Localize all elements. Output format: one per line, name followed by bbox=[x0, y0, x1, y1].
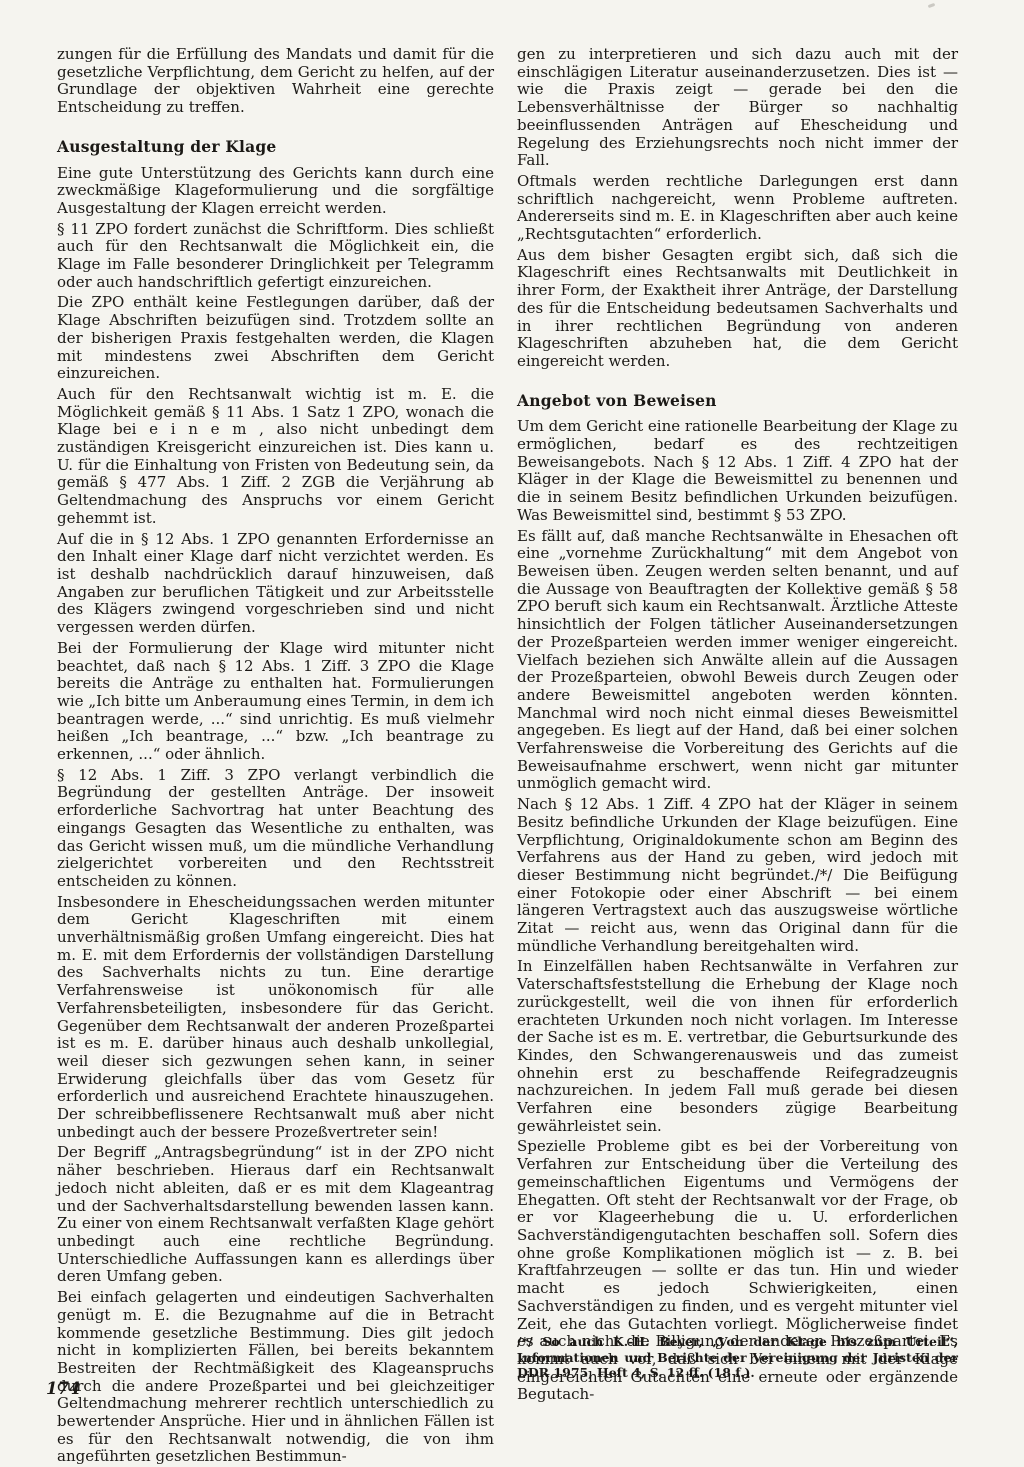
paragraph: Bei der Formulierung der Klage wird mitu… bbox=[57, 640, 494, 764]
paragraph: Auf die in § 12 Abs. 1 ZPO genannten Erf… bbox=[57, 531, 494, 637]
paragraph: Aus dem bisher Gesagten ergibt sich, daß… bbox=[517, 247, 958, 371]
page-number: 174 bbox=[46, 1379, 80, 1398]
paragraph: Eine gute Unterstützung des Gerichts kan… bbox=[57, 165, 494, 218]
paragraph-continuation: gen zu interpretieren und sich dazu auch… bbox=[517, 46, 958, 170]
paragraph-continuation: zungen für die Erfüllung des Mandats und… bbox=[57, 46, 494, 117]
footnote: /*/ So auch K.-H. Beyer, „Von der Klage … bbox=[517, 1334, 958, 1381]
paragraph: Bei einfach gelagerten und eindeutigen S… bbox=[57, 1289, 494, 1466]
paragraph: Der Begriff „Antragsbegründung“ ist in d… bbox=[57, 1144, 494, 1286]
section-heading-angebot-von-beweisen: Angebot von Beweisen bbox=[517, 392, 958, 410]
journal-document-page: zungen für die Erfüllung des Mandats und… bbox=[0, 0, 1024, 1467]
section-heading-ausgestaltung-der-klage: Ausgestaltung der Klage bbox=[57, 138, 494, 156]
paragraph: Oftmals werden rechtliche Darlegungen er… bbox=[517, 173, 958, 244]
paragraph: Die ZPO enthält keine Festlegungen darüb… bbox=[57, 294, 494, 383]
paragraph: § 11 ZPO fordert zunächst die Schriftfor… bbox=[57, 221, 494, 292]
right-column: gen zu interpretieren und sich dazu auch… bbox=[517, 46, 958, 1407]
paragraph: Nach § 12 Abs. 1 Ziff. 4 ZPO hat der Klä… bbox=[517, 796, 958, 955]
scan-artifact-mark bbox=[928, 3, 936, 8]
paragraph: Insbesondere in Ehescheidungssachen werd… bbox=[57, 894, 494, 1142]
paragraph: § 12 Abs. 1 Ziff. 3 ZPO verlangt verbind… bbox=[57, 767, 494, 891]
paragraph: Auch für den Rechtsanwalt wichtig ist m.… bbox=[57, 386, 494, 528]
paragraph: In Einzelfällen haben Rechtsanwälte in V… bbox=[517, 958, 958, 1135]
left-column: zungen für die Erfüllung des Mandats und… bbox=[57, 46, 494, 1467]
paragraph: Um dem Gericht eine rationelle Bearbeitu… bbox=[517, 418, 958, 524]
paragraph: Es fällt auf, daß manche Rechtsanwälte i… bbox=[517, 528, 958, 794]
